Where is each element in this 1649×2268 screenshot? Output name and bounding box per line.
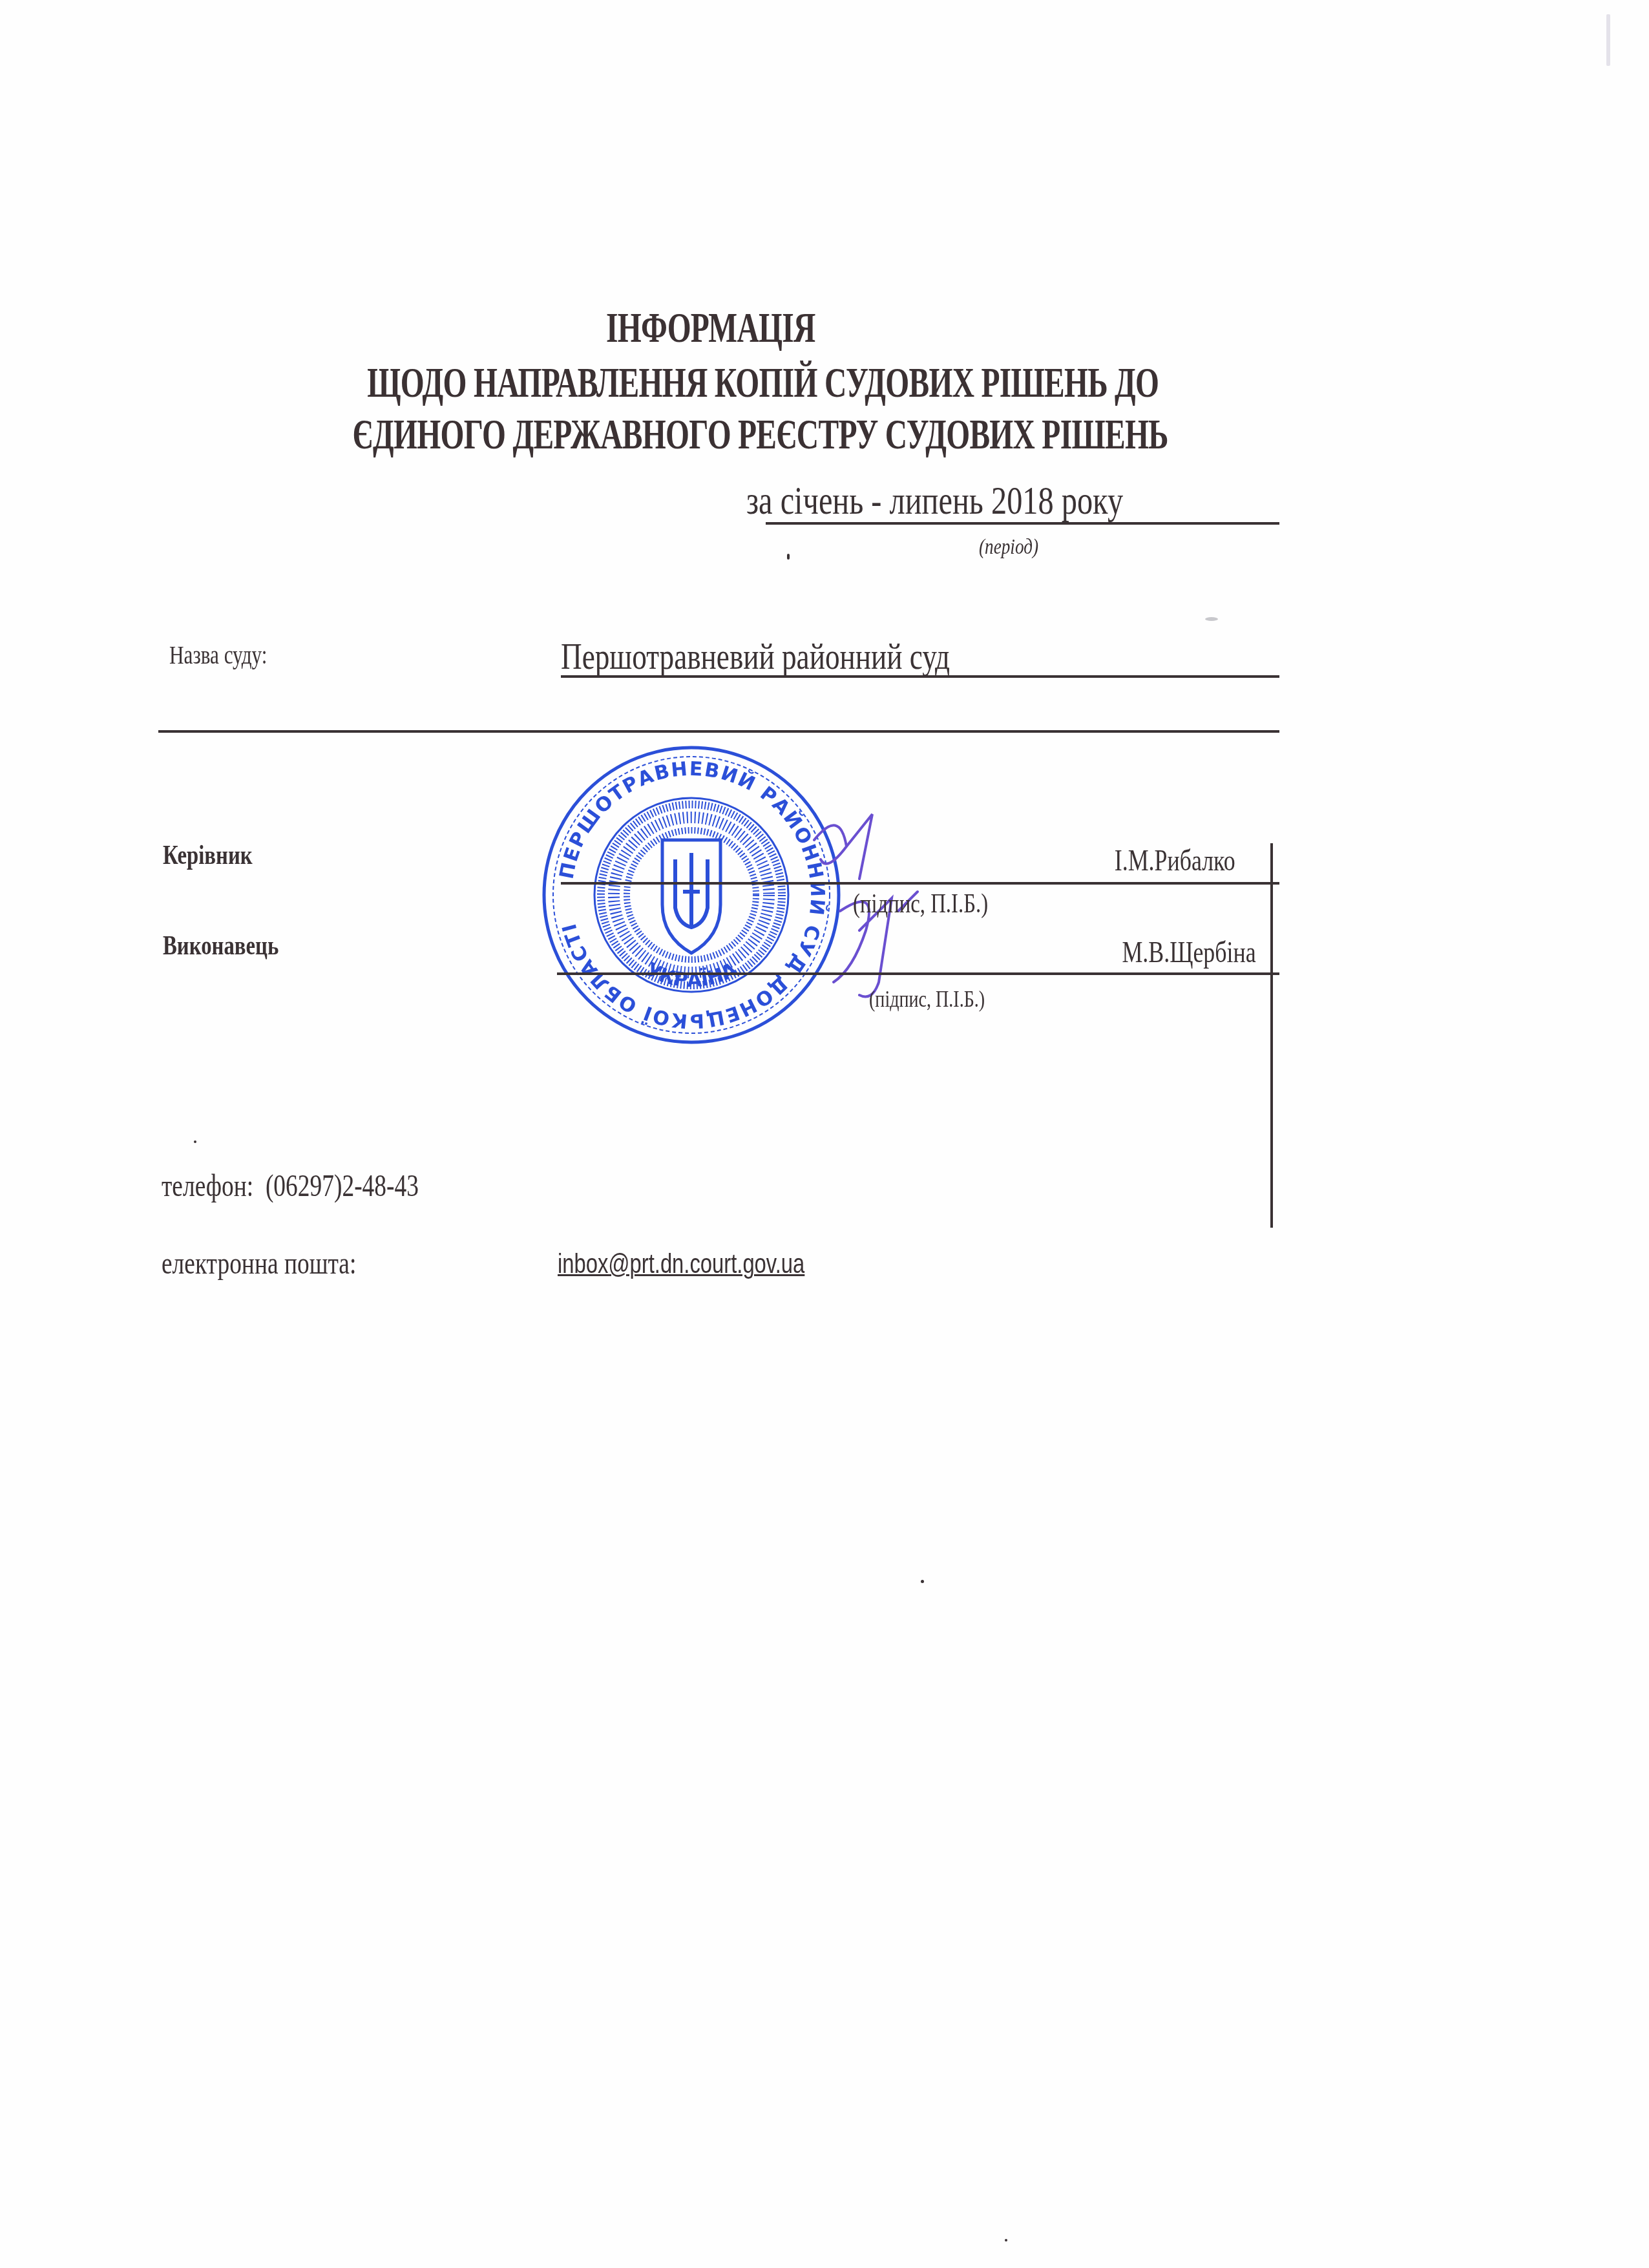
stray-mark (787, 554, 790, 560)
court-name-value: Першотравневий районний суд (561, 635, 1060, 678)
document-title-line-1: ІНФОРМАЦІЯ (0, 304, 1422, 353)
executor-name: М.В.Щербіна (1084, 935, 1256, 969)
head-signature-note: (підпис, П.І.Б.) (853, 888, 1026, 919)
section-divider (158, 730, 1279, 733)
email-link[interactable]: inbox@prt.dn.court.gov.ua (558, 1248, 874, 1279)
executor-signature-note: (підпис, П.І.Б.) (869, 985, 1018, 1013)
head-name: І.М.Рибалко (1080, 843, 1235, 877)
court-name-underline (561, 675, 1279, 678)
executor-signature-line (557, 972, 1279, 975)
phone-label: телефон: (06297)2-48-43 (162, 1168, 491, 1204)
period-underline (766, 522, 1279, 525)
court-seal-stamp: ПЕРШОТРАВНЕВИЙ РАЙОННИЙ СУД ДОНЕЦЬКОЇ ОБ… (540, 743, 843, 1047)
phone-value: (06297)2-48-43 (266, 1169, 419, 1203)
court-name-label: Назва суду: (169, 640, 295, 670)
document-title-line-3: ЄДИНОГО ДЕРЖАВНОГО РЕЄСТРУ СУДОВИХ РІШЕН… (194, 410, 1266, 459)
period-value: за січень - липень 2018 року (746, 478, 1230, 524)
document-title-line-2: ЩОДО НАПРАВЛЕННЯ КОПІЙ СУДОВИХ РІШЕНЬ ДО (213, 359, 1247, 408)
scan-speck (921, 1580, 924, 1583)
scan-speck (194, 1140, 196, 1143)
scan-speck (1205, 617, 1218, 621)
executor-role-label: Виконавець (163, 930, 311, 961)
email-label: електронна пошта: (162, 1246, 411, 1281)
head-role-label: Керівник (163, 840, 278, 871)
scan-speck (1005, 2239, 1007, 2242)
head-signature-line (561, 882, 1279, 885)
right-border-line (1270, 843, 1273, 1228)
scan-edge-mark (1606, 14, 1610, 66)
period-note: (період) (979, 535, 1053, 560)
